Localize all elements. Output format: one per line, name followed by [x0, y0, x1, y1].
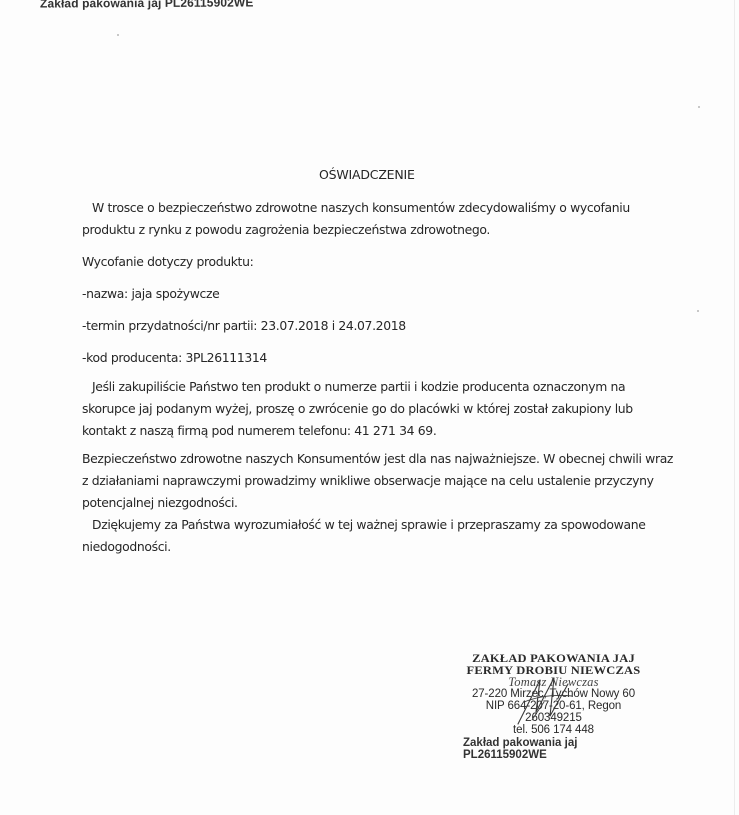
intro-line-2: produktu z rynku z powodu zagrożenia bez… — [82, 222, 490, 237]
header-stamp: Zakład pakowania jaj PL26115902WE — [40, 0, 253, 11]
safety-line-2: z działaniami naprawczymi prowadzimy wni… — [82, 473, 654, 488]
instructions-line-1: Jeśli zakupiliście Państwo ten produkt o… — [92, 379, 625, 394]
scan-page-edge — [734, 0, 735, 815]
stamp-plant-code: Zakład pakowania jaj PL26115902WE — [463, 737, 646, 761]
stamp-company-line-2: FERMY DROBIU NIEWCZAS — [461, 664, 646, 675]
thanks-line-2: niedogodności. — [82, 539, 171, 554]
instructions-line-3: kontakt z naszą firmą pod numerem telefo… — [82, 423, 436, 438]
safety-line-3: potencjalnej niezgodności. — [82, 495, 238, 510]
safety-line-1: Bezpieczeństwo zdrowotne naszych Konsume… — [82, 451, 673, 466]
company-stamp: ZAKŁAD PAKOWANIA JAJ FERMY DROBIU NIEWCZ… — [461, 652, 646, 761]
product-name: -nazwa: jaja spożywcze — [82, 283, 219, 305]
stamp-tax-ids: NIP 664-207-20-61, Regon 260349215 — [461, 700, 646, 724]
instructions-line-2: skorupce jaj podanym wyżej, proszę o zwr… — [82, 401, 633, 416]
thanks-line-1: Dziękujemy za Państwa wyrozumiałość w te… — [92, 517, 645, 532]
stamp-address: 27-220 Mirzec, Tychów Nowy 60 — [461, 688, 646, 700]
scan-speck — [698, 106, 700, 108]
stamp-company-line-1: ZAKŁAD PAKOWANIA JAJ — [461, 652, 646, 663]
product-batch: -termin przydatności/nr partii: 23.07.20… — [82, 315, 406, 337]
product-heading: Wycofanie dotyczy produktu: — [82, 251, 253, 273]
thanks-paragraph: Dziękujemy za Państwa wyrozumiałość w te… — [82, 514, 645, 558]
stamp-owner-name: Tomasz Niewczas — [461, 676, 646, 688]
intro-line-1: W trosce o bezpieczeństwo zdrowotne nasz… — [92, 200, 630, 215]
document-title: OŚWIADCZENIE — [319, 167, 415, 182]
scan-speck — [697, 310, 699, 312]
intro-paragraph: W trosce o bezpieczeństwo zdrowotne nasz… — [82, 197, 630, 241]
scan-speck — [117, 34, 119, 36]
instructions-paragraph: Jeśli zakupiliście Państwo ten produkt o… — [82, 376, 633, 442]
product-code: -kod producenta: 3PL26111314 — [82, 347, 267, 369]
stamp-phone: tel. 506 174 448 — [461, 724, 646, 736]
safety-paragraph: Bezpieczeństwo zdrowotne naszych Konsume… — [82, 448, 673, 514]
